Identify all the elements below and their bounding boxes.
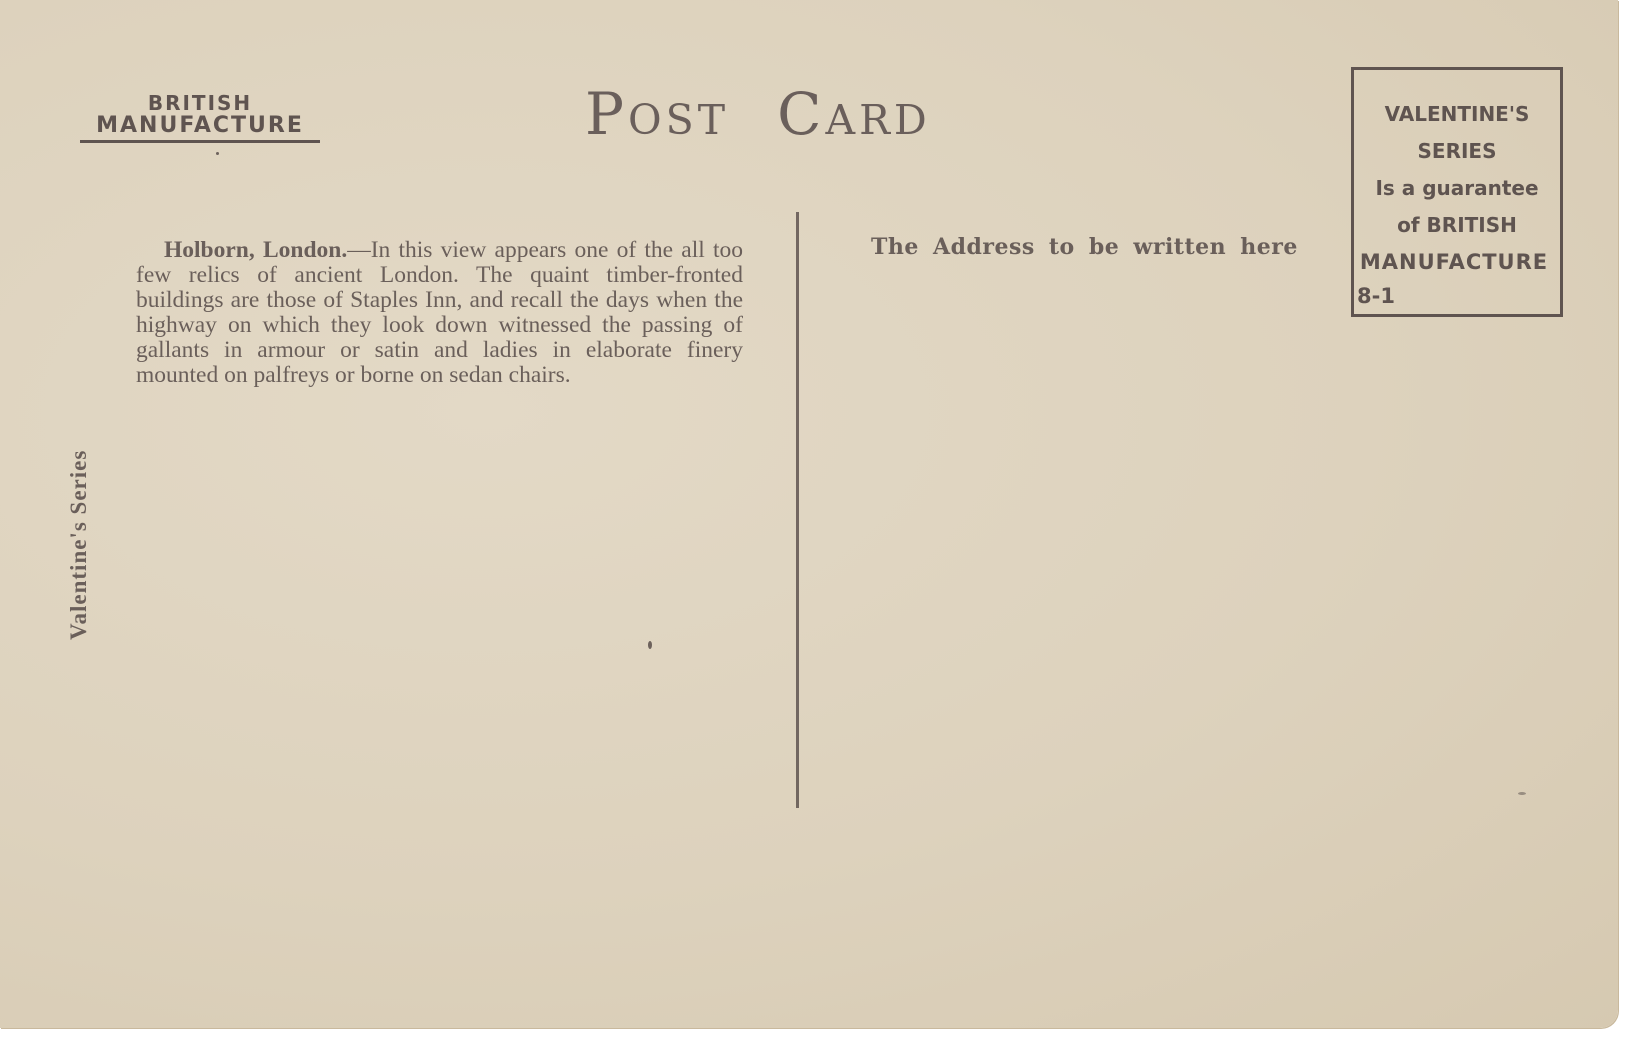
stamp-box: VALENTINE'S SERIES Is a guarantee of BRI… bbox=[1351, 67, 1563, 317]
address-label: The Address to be written here bbox=[871, 234, 1298, 260]
british-manufacture-mark: BRITISH MANUFACTURE bbox=[80, 92, 320, 143]
center-divider bbox=[796, 212, 799, 808]
ink-speck bbox=[216, 152, 219, 155]
side-series-label: Valentine's Series bbox=[66, 450, 92, 640]
stamp-code: 8-1 bbox=[1357, 284, 1395, 308]
title-word-card: Card bbox=[777, 80, 931, 148]
page-title: PostCard bbox=[585, 80, 979, 148]
postcard-back: BRITISH MANUFACTURE PostCard Holborn, Lo… bbox=[0, 0, 1618, 1028]
description-text: Holborn, London.—In this view appears on… bbox=[136, 238, 743, 388]
ink-speck bbox=[1518, 792, 1526, 795]
maker-line-1: BRITISH bbox=[80, 92, 320, 114]
maker-line-2: MANUFACTURE bbox=[80, 114, 320, 143]
stamp-line-2: SERIES bbox=[1354, 133, 1560, 170]
description-lead: Holborn, London. bbox=[164, 237, 347, 263]
stamp-line-1: VALENTINE'S bbox=[1354, 96, 1560, 133]
stamp-line-3: Is a guarantee bbox=[1354, 170, 1560, 207]
stamp-line-4: of BRITISH bbox=[1354, 207, 1560, 244]
stamp-line-5: MANUFACTURE bbox=[1348, 244, 1560, 281]
title-word-post: Post bbox=[585, 80, 729, 148]
ink-speck bbox=[648, 641, 652, 649]
